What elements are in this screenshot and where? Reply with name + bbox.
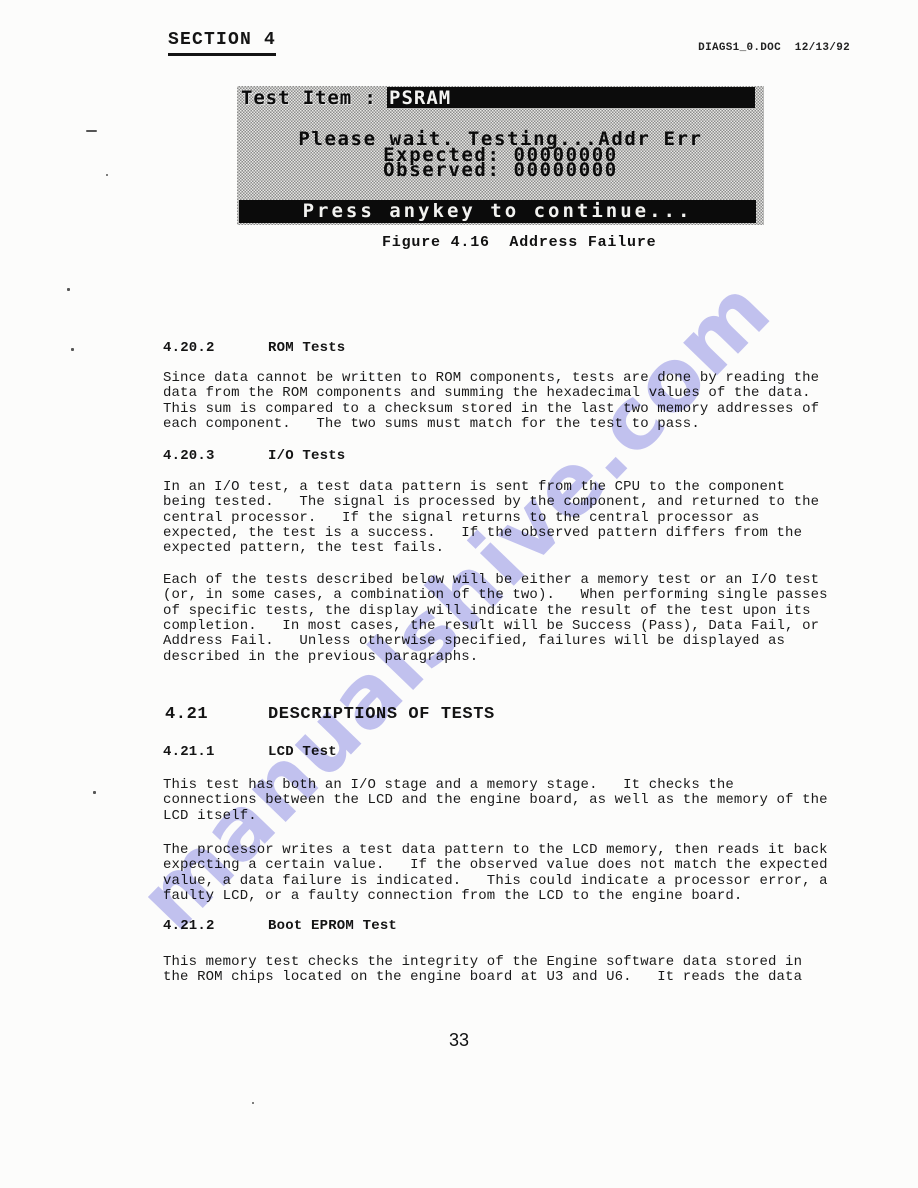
scan-speck (252, 1102, 254, 1104)
heading-number: 4.21 (165, 705, 268, 724)
heading-4-21-2: 4.21.2 Boot EPROM Test (163, 918, 397, 934)
heading-label: I/O Tests (268, 448, 345, 464)
lcd-test-item-label: Test Item : (241, 87, 389, 109)
heading-4-21-1: 4.21.1 LCD Test (163, 744, 337, 760)
heading-label: LCD Test (268, 744, 337, 760)
lcd-footer-bar: Press anykey to continue... (239, 200, 756, 223)
heading-label: ROM Tests (268, 340, 345, 356)
lcd-test-item-field: PSRAM (387, 87, 755, 108)
heading-4-21: 4.21 DESCRIPTIONS OF TESTS (165, 705, 495, 724)
heading-number: 4.20.3 (163, 448, 268, 464)
lcd-title-row: Test Item : PSRAM (237, 86, 764, 109)
paragraph-io-tests: In an I/O test, a test data pattern is s… (163, 480, 819, 557)
heading-4-20-2: 4.20.2 ROM Tests (163, 340, 345, 356)
heading-number: 4.21.2 (163, 918, 268, 934)
figure-caption: Figure 4.16 Address Failure (382, 234, 656, 251)
paragraph-rom-tests: Since data cannot be written to ROM comp… (163, 371, 819, 432)
scan-speck (67, 288, 70, 291)
doc-reference: DIAGS1_0.DOC 12/13/92 (698, 42, 850, 54)
paragraph-lcd-test-2: The processor writes a test data pattern… (163, 843, 828, 904)
heading-label: DESCRIPTIONS OF TESTS (268, 705, 495, 724)
scan-speck (106, 174, 108, 176)
scan-speck (93, 791, 96, 794)
lcd-status-text: Please wait. Testing...Addr Err Expected… (237, 132, 764, 179)
heading-number: 4.21.1 (163, 744, 268, 760)
paragraph-lcd-test-1: This test has both an I/O stage and a me… (163, 778, 828, 824)
lcd-press-anykey-text: Press anykey to continue... (303, 200, 693, 222)
lcd-screen-figure: Test Item : PSRAM Please wait. Testing..… (237, 86, 764, 225)
lcd-test-item-value: PSRAM (389, 87, 451, 109)
paragraph-tests-overview: Each of the tests described below will b… (163, 573, 828, 665)
heading-number: 4.20.2 (163, 340, 268, 356)
page-section-title: SECTION 4 (168, 30, 276, 56)
scan-speck (86, 130, 97, 132)
scan-speck (71, 348, 74, 351)
heading-label: Boot EPROM Test (268, 918, 397, 934)
paragraph-boot-eprom: This memory test checks the integrity of… (163, 955, 802, 986)
heading-4-20-3: 4.20.3 I/O Tests (163, 448, 345, 464)
page-number: 33 (0, 1030, 918, 1051)
